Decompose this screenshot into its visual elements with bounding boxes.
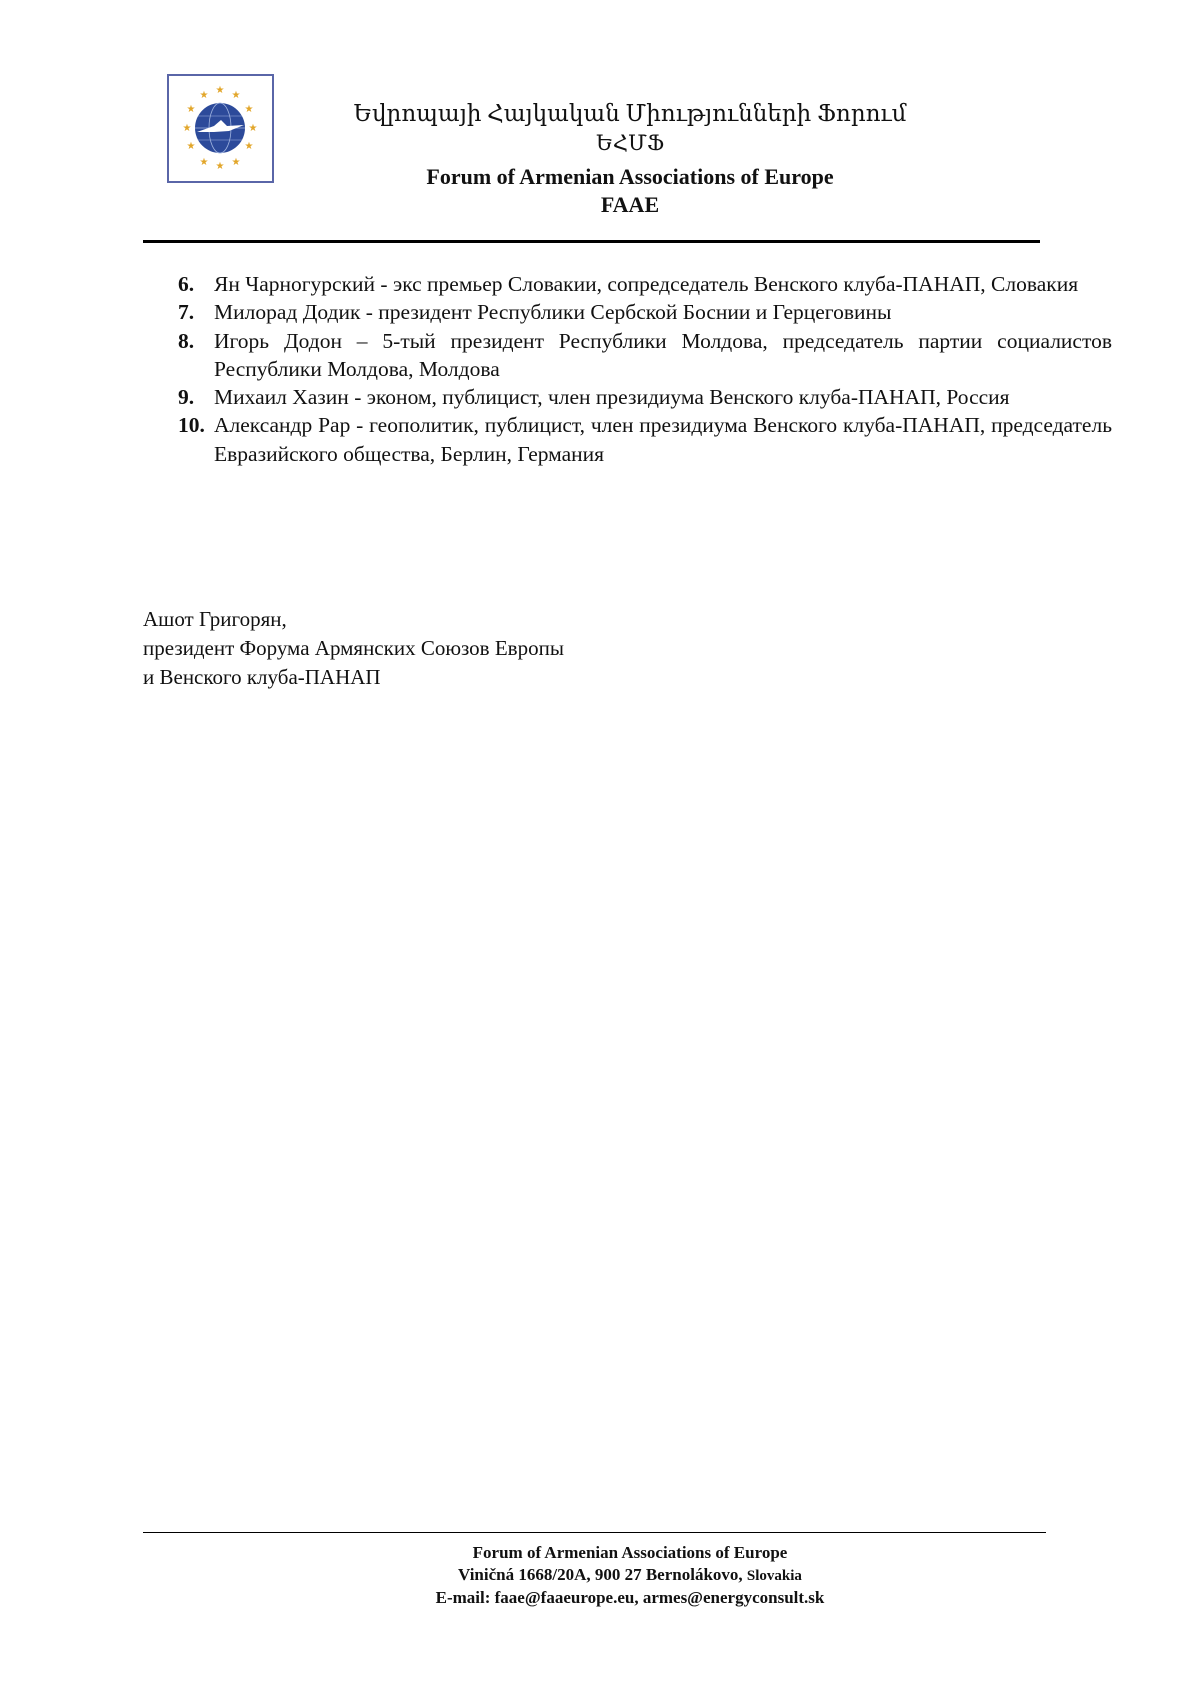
- footer-address: Viničná 1668/20A, 900 27 Bernolákovo,: [458, 1565, 743, 1584]
- list-item: 9. Михаил Хазин - эконом, публицист, чле…: [170, 383, 1112, 411]
- svg-text:★: ★: [200, 90, 209, 101]
- signature-title-line1: президент Форума Армянских Союзов Европы: [143, 634, 564, 663]
- participants-list: 6. Ян Чарногурский - экс премьер Словаки…: [170, 270, 1112, 468]
- list-item-number: 6.: [178, 270, 194, 298]
- svg-text:★: ★: [232, 157, 241, 168]
- header-acronym-armenian: ԵՀՄՖ: [330, 130, 930, 156]
- list-item-number: 8.: [178, 327, 194, 355]
- svg-text:★: ★: [187, 104, 196, 115]
- svg-text:★: ★: [245, 141, 254, 152]
- list-item-text: Игорь Додон – 5-тый президент Республики…: [214, 329, 1112, 381]
- list-item: 6. Ян Чарногурский - экс премьер Словаки…: [170, 270, 1112, 298]
- list-item-text: Александр Рар - геополитик, публицист, ч…: [214, 413, 1112, 465]
- footer-country: Slovakia: [747, 1568, 802, 1584]
- header-divider: [143, 240, 1040, 243]
- footer-divider: [143, 1532, 1046, 1533]
- faae-logo-icon: ★ ★ ★ ★ ★ ★ ★ ★ ★ ★ ★ ★: [169, 76, 272, 181]
- list-item-number: 9.: [178, 383, 194, 411]
- footer-address-line: Viničná 1668/20A, 900 27 Bernolákovo, Sl…: [330, 1564, 930, 1588]
- svg-text:★: ★: [216, 85, 225, 96]
- list-item: 10. Александр Рар - геополитик, публицис…: [170, 411, 1112, 468]
- svg-text:★: ★: [187, 141, 196, 152]
- list-item-text: Ян Чарногурский - экс премьер Словакии, …: [214, 272, 1078, 296]
- svg-text:★: ★: [216, 161, 225, 172]
- svg-text:★: ★: [183, 123, 192, 134]
- signature-name: Ашот Григорян,: [143, 605, 564, 634]
- svg-text:★: ★: [232, 90, 241, 101]
- svg-text:★: ★: [245, 104, 254, 115]
- footer: Forum of Armenian Associations of Europe…: [330, 1542, 930, 1609]
- list-item-number: 7.: [178, 298, 194, 326]
- signature-block: Ашот Григорян, президент Форума Армянски…: [143, 605, 564, 692]
- signature-title-line2: и Венского клуба-ПАНАП: [143, 663, 564, 692]
- list-item: 7. Милорад Додик - президент Республики …: [170, 298, 1112, 326]
- list-item-text: Михаил Хазин - эконом, публицист, член п…: [214, 385, 1010, 409]
- list-item-text: Милорад Додик - президент Республики Сер…: [214, 300, 891, 324]
- svg-text:★: ★: [200, 157, 209, 168]
- header-title-english: Forum of Armenian Associations of Europe: [330, 163, 930, 191]
- faae-logo: ★ ★ ★ ★ ★ ★ ★ ★ ★ ★ ★ ★: [167, 74, 274, 183]
- list-item-number: 10.: [178, 411, 205, 439]
- svg-text:★: ★: [249, 123, 258, 134]
- header-acronym-english: FAAE: [330, 191, 930, 219]
- header-title-armenian: Եվրոպայի Հայկական Միությունների Ֆորում: [330, 100, 930, 128]
- list-item: 8. Игорь Додон – 5-тый президент Республ…: [170, 327, 1112, 384]
- footer-org: Forum of Armenian Associations of Europe: [330, 1542, 930, 1564]
- footer-email: E-mail: faae@faaeurope.eu, armes@energyc…: [330, 1587, 930, 1609]
